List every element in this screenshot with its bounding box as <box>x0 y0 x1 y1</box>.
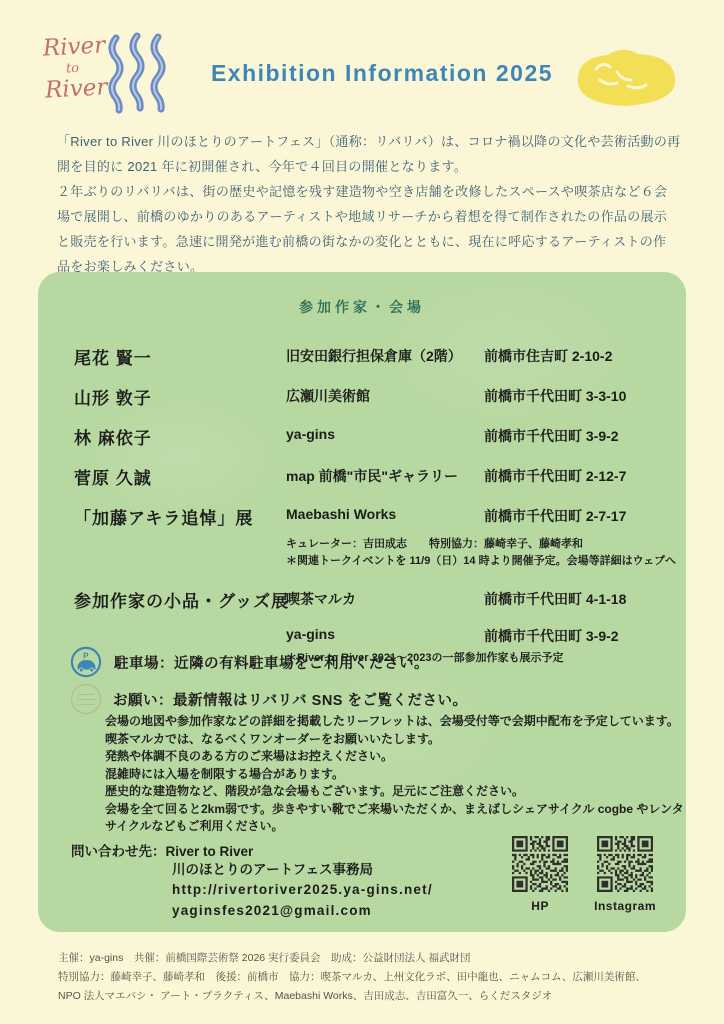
venues-table: 尾花 賢一 旧安田銀行担保倉庫（2階） 前橋市住吉町 2-10-2 山形 敦子 … <box>74 344 668 685</box>
intro-line: 「River to River 川のほとりのアートフェス」（通称：リバリバ）は、… <box>57 129 679 154</box>
artist-name: 「加藤アキラ追悼」展 <box>74 504 286 529</box>
contact-org: River to River <box>166 843 254 861</box>
credits-line: 特別協力：藤崎幸子、藤崎孝和 後援：前橋市 協力：喫茶マルカ、上州文化ラボ、田中… <box>58 968 683 987</box>
venue-row: 林 麻依子 ya-gins 前橋市千代田町 3-9-2 <box>74 424 668 449</box>
qr-item-hp: HP <box>512 836 568 913</box>
intro-line: 場で展開し、前橋のゆかりのあるアーティストや地域リサーチから着想を得て制作された… <box>57 204 679 229</box>
venues-panel: 参加作家・会場 尾花 賢一 旧安田銀行担保倉庫（2階） 前橋市住吉町 2-10-… <box>38 272 686 932</box>
venue-row: 参加作家の小品・グッズ展 喫茶マルカ 前橋市千代田町 4-1-18 <box>74 587 668 612</box>
visitor-note: 会場の地図や参加作家などの詳細を掲載したリーフレットは、会場受付等で会期中配布を… <box>105 713 685 731</box>
visitor-note: 発熱や体調不良のある方のご来場はお控えください。 <box>105 748 685 766</box>
artist-name: 尾花 賢一 <box>74 344 286 369</box>
venue-address: 前橋市千代田町 2-12-7 <box>484 464 668 486</box>
visitor-notes: 会場の地図や参加作家などの詳細を掲載したリーフレットは、会場受付等で会期中配布を… <box>105 713 685 836</box>
logo-line: River <box>45 76 108 102</box>
parking-car-icon: P <box>70 646 102 678</box>
request-info-text: お願い：最新情報はリバリバ SNS をご覧ください。 <box>113 689 468 710</box>
visitor-note: 喫茶マルカでは、なるべくワンオーダーをお願いいたします。 <box>105 731 685 749</box>
venue-row: 菅原 久誠 map 前橋"市民"ギャラリー 前橋市千代田町 2-12-7 <box>74 464 668 489</box>
venue-address: 前橋市千代田町 3-3-10 <box>484 384 668 406</box>
qr-code-group: HP Instagram <box>512 836 656 913</box>
hp-qr-label: HP <box>531 899 549 913</box>
venue-name: 広瀬川美術館 <box>286 384 484 406</box>
contact-email: yaginsfes2021@gmail.com <box>172 900 433 921</box>
credits-block: 主催：ya-gins 共催：前橋国際芸術祭 2026 実行委員会 助成：公益財団… <box>58 949 683 1006</box>
venues-heading: 参加作家・会場 <box>38 272 686 317</box>
venue-row: 尾花 賢一 旧安田銀行担保倉庫（2階） 前橋市住吉町 2-10-2 <box>74 344 668 369</box>
venue-name: Maebashi Works <box>286 504 484 522</box>
venue-address: 前橋市千代田町 3-9-2 <box>484 424 668 446</box>
venue-name: ya-gins <box>286 624 484 646</box>
contact-url: http://rivertoriver2025.ya-gins.net/ <box>172 879 433 900</box>
artist-name: 林 麻依子 <box>74 424 286 449</box>
intro-line: と販売を行います。急速に開発が進む前橋の街なかの変化とともに、現在に呼応するアー… <box>57 229 679 254</box>
river-to-river-logo: River to River <box>42 34 108 102</box>
svg-text:P: P <box>83 652 89 661</box>
parking-info-row: P 駐車場：近隣の有料駐車場をご利用ください。 <box>70 646 429 678</box>
flyer-page: River to River Exhibition Information 20… <box>0 0 724 1024</box>
venue-name: ya-gins <box>286 424 484 442</box>
instagram-qr-label: Instagram <box>594 899 656 913</box>
river-waves-icon <box>104 32 170 118</box>
intro-line: 開を目的に 2021 年に初開催され、今年で４回目の開催となります。 <box>57 154 679 179</box>
venue-address: 前橋市住吉町 2-10-2 <box>484 344 668 366</box>
instagram-qr-code <box>597 836 653 892</box>
intro-paragraph: 「River to River 川のほとりのアートフェス」（通称：リバリバ）は、… <box>57 129 679 279</box>
artist-name: 山形 敦子 <box>74 384 286 409</box>
sleeping-cat-icon <box>570 42 682 112</box>
venue-name: 喫茶マルカ <box>286 587 484 609</box>
venue-note: ＊関連トークイベントを 11/9（日）14 時より開催予定。会場等詳細はウェブへ <box>286 553 668 570</box>
intro-line: ２年ぶりのリバリバは、街の歴史や記憶を残す建造物や空き店舗を改修したスペースや喫… <box>57 179 679 204</box>
credits-line: 主催：ya-gins 共催：前橋国際芸術祭 2026 実行委員会 助成：公益財団… <box>58 949 683 968</box>
credits-line: NPO 法人マエバシ・ アート・プラクティス、Maebashi Works、吉田… <box>58 987 683 1006</box>
venue-row: 山形 敦子 広瀬川美術館 前橋市千代田町 3-3-10 <box>74 384 668 409</box>
venue-address: 前橋市千代田町 2-7-17 <box>484 504 668 526</box>
logo-line: to <box>66 60 107 75</box>
contact-org-line2: 川のほとりのアートフェス事務局 <box>172 861 433 879</box>
contact-label: 問い合わせ先： <box>71 843 166 861</box>
venue-address: 前橋市千代田町 3-9-2 <box>484 624 668 646</box>
page-title: Exhibition Information 2025 <box>186 60 578 87</box>
visitor-note: 歴史的な建造物など、階段が急な会場もございます。足元にご注意ください。 <box>105 783 685 801</box>
qr-item-instagram: Instagram <box>594 836 656 913</box>
venue-row-secondary: ya-gins 前橋市千代田町 3-9-2 <box>74 624 668 646</box>
parking-info-text: 駐車場：近隣の有料駐車場をご利用ください。 <box>114 652 429 673</box>
artist-name: 参加作家の小品・グッズ展 <box>74 587 286 612</box>
hp-qr-code <box>512 836 568 892</box>
venue-address: 前橋市千代田町 4-1-18 <box>484 587 668 609</box>
venue-row: 「加藤アキラ追悼」展 Maebashi Works 前橋市千代田町 2-7-17 <box>74 504 668 529</box>
logo-line: River <box>42 34 105 60</box>
request-info-row: お願い：最新情報はリバリバ SNS をご覧ください。 <box>70 684 468 714</box>
artist-name: 菅原 久誠 <box>74 464 286 489</box>
logo-stamp-icon <box>71 684 101 714</box>
venue-subnotes: キュレーター：吉田成志 特別協力：藤崎幸子、藤崎孝和 ＊関連トークイベントを 1… <box>286 536 668 569</box>
contact-block: 問い合わせ先： River to River 川のほとりのアートフェス事務局 h… <box>71 843 433 921</box>
visitor-note: 会場を全て回ると2km弱です。歩きやすい靴でご来場いただくか、まえばしシェアサイ… <box>105 801 685 836</box>
venue-name: 旧安田銀行担保倉庫（2階） <box>286 344 484 366</box>
venue-name: map 前橋"市民"ギャラリー <box>286 464 484 486</box>
visitor-note: 混雑時には入場を制限する場合があります。 <box>105 766 685 784</box>
venue-note: キュレーター：吉田成志 特別協力：藤崎幸子、藤崎孝和 <box>286 536 668 553</box>
